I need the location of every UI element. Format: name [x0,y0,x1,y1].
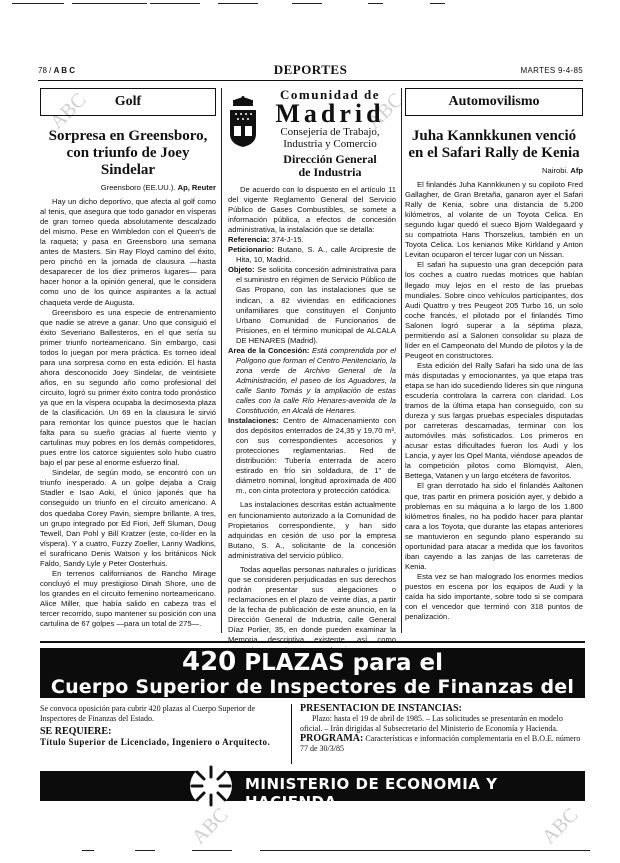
paragraph: El safari ha supuesto una gran decepción… [405,260,583,360]
ad-banner: 420 PLAZAS para el Cuerpo Superior de In… [40,648,585,698]
notice-header: Comunidad de Madrid Consejería de Trabaj… [228,88,396,179]
paragraph: En terrenos californianos de Rancho Mira… [40,569,216,629]
article-headline: Sorpresa en Greensboro, con triunfo de J… [40,128,216,179]
paragraph: El finlandés Juha Kannkkunen y su copilo… [405,180,583,260]
article-headline: Juha Kannkkunen venció en el Safari Rall… [405,128,583,162]
top-print-marks [0,0,620,10]
byline: Nairobi. Afp [405,166,583,176]
ministry-sun-logo-icon [190,765,232,807]
divider [291,704,292,764]
notice-field: Instalaciones: Centro de Almacenamiento … [228,416,396,496]
notice-field: Peticionario: Butano, S. A., calle Arcip… [228,245,396,265]
notice-title-block: Comunidad de Madrid Consejería de Trabaj… [264,88,396,179]
rally-article: Automovilismo Juha Kannkkunen venció en … [405,88,583,622]
watermark: ABC [188,804,233,849]
notice-field: Referencia: 374-J-15. [228,235,396,245]
issue-date: MARTES 9-4-85 [521,66,583,75]
job-advertisement: 420 PLAZAS para el Cuerpo Superior de In… [40,641,585,764]
golf-article: Golf Sorpresa en Greensboro, con triunfo… [40,88,216,629]
paragraph: Hay un dicho deportivo, que afecta al go… [40,197,216,308]
paragraph: Las instalaciones descritas están actual… [228,500,396,560]
paragraph: Sindelar, de según modo, se encontró con… [40,468,216,568]
notice-intro: De acuerdo con lo dispuesto en el artícu… [228,185,396,235]
ad-details: Se convoca oposición para cubrir 420 pla… [40,704,585,764]
byline: Greensboro (EE.UU.). Ap, Reuter [40,183,216,193]
paragraph: El gran derrotado ha sido el finlandés A… [405,481,583,571]
paragraph: Greensboro es una especie de entrenamien… [40,308,216,469]
page-header: 78 / A B C DEPORTES MARTES 9-4-85 [38,62,583,81]
notice-field: Area de la Concesión: Está comprendida p… [228,346,396,416]
column-divider [221,88,222,633]
paragraph: Esta edición del Rally Safari ha sido un… [405,361,583,482]
ad-submission-info: PRESENTACION DE INSTANCIAS: Plazo: hasta… [300,704,585,764]
divider [40,641,585,643]
section-box-automovilismo: Automovilismo [405,88,583,116]
paragraph: Esta vez se han malogrado los enormes me… [405,572,583,622]
ministry-name: MINISTERIO DE ECONOMIA Y HACIENDA [245,775,585,811]
section-box-golf: Golf [40,88,216,116]
madrid-public-notice: Comunidad de Madrid Consejería de Trabaj… [228,88,396,675]
ad-requirements: Se convoca oposición para cubrir 420 pla… [40,704,283,764]
column-divider [401,88,402,633]
coat-of-arms-icon [228,96,258,148]
notice-field: Objeto: Se solicita concesión administra… [228,265,396,345]
ministry-banner: MINISTERIO DE ECONOMIA Y HACIENDA [40,771,585,801]
section-title: DEPORTES [38,62,583,78]
